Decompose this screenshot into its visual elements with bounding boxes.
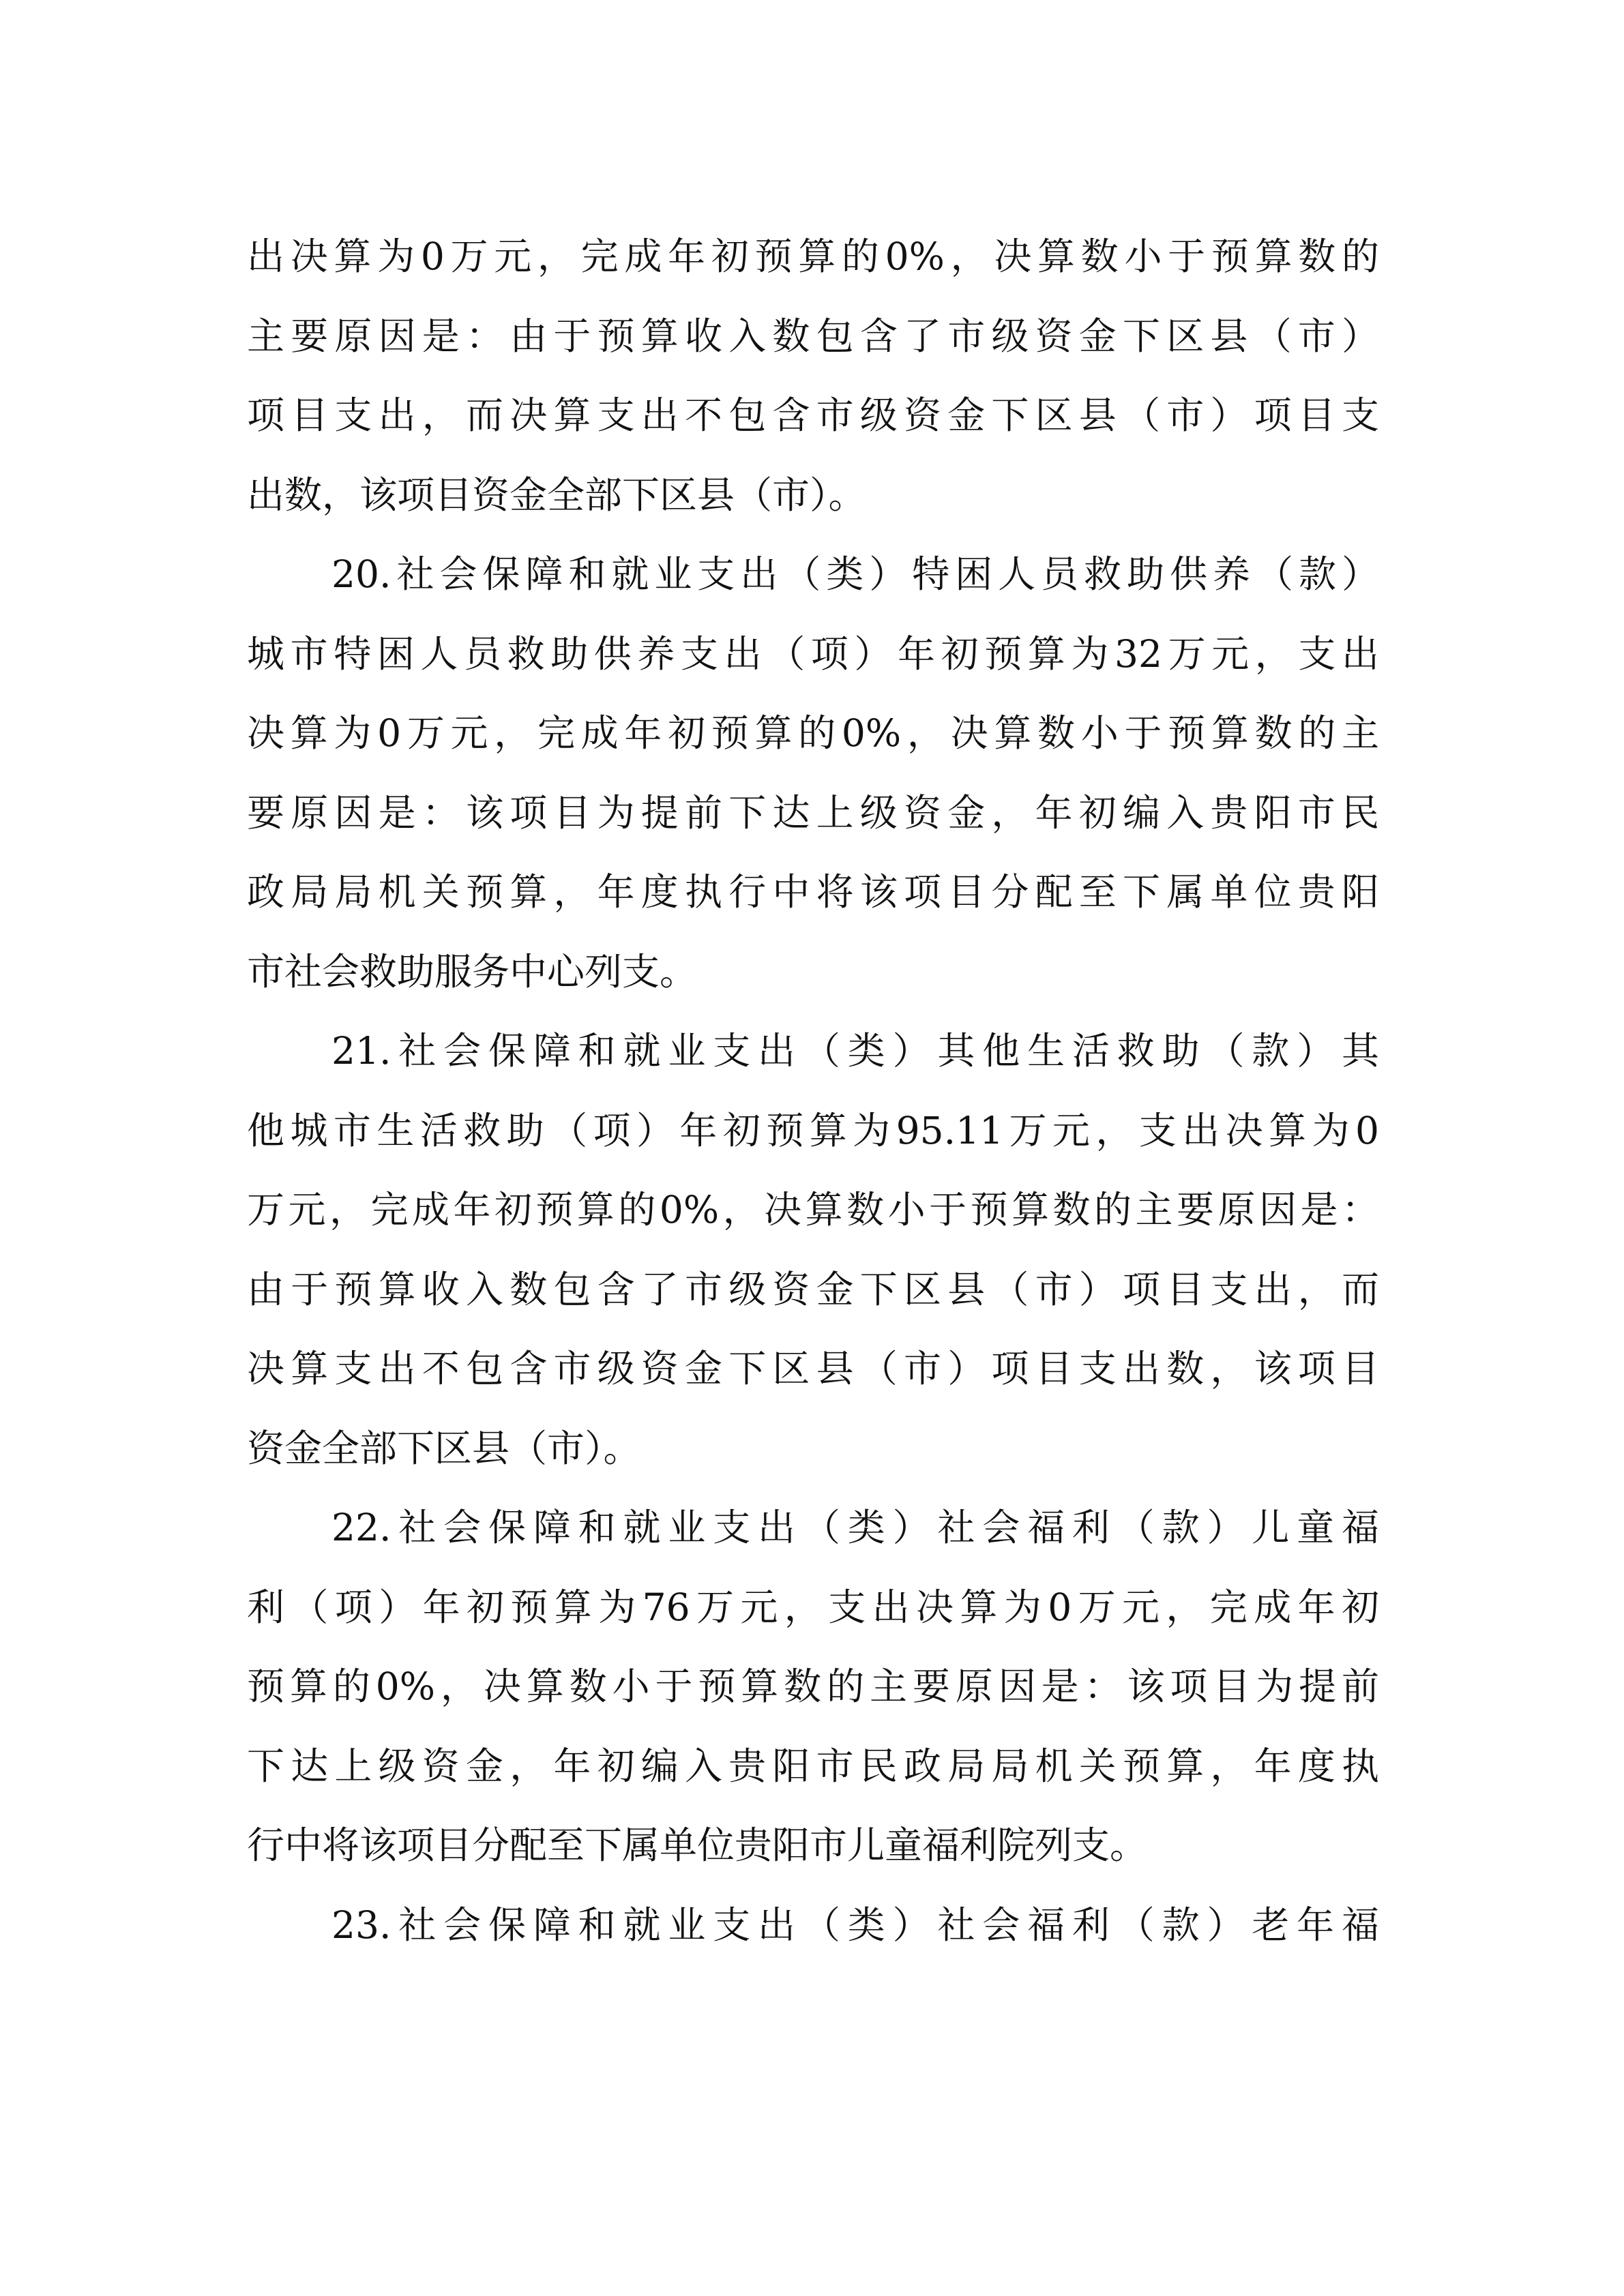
text-line: 要原因是：该项目为提前下达上级资金，年初编入贵阳市民 bbox=[247, 773, 1379, 853]
text-line: 政局局机关预算，年度执行中将该项目分配至下属单位贵阳 bbox=[247, 852, 1379, 932]
document-body: 出决算为0万元，完成年初预算的0%，决算数小于预算数的 主要原因是：由于预算收入… bbox=[247, 217, 1393, 1965]
text-line: 决算支出不包含市级资金下区县（市）项目支出数，该项目 bbox=[247, 1329, 1379, 1409]
paragraph-21: 21.社会保障和就业支出（类）其他生活救助（款）其 他城市生活救助（项）年初预算… bbox=[247, 1011, 1393, 1488]
text-line: 主要原因是：由于预算收入数包含了市级资金下区县（市） bbox=[247, 297, 1379, 376]
text-line: 资金全部下区县（市）。 bbox=[247, 1409, 1379, 1489]
text-line: 项目支出，而决算支出不包含市级资金下区县（市）项目支 bbox=[247, 376, 1379, 456]
paragraph-22: 22.社会保障和就业支出（类）社会福利（款）儿童福 利（项）年初预算为76万元，… bbox=[247, 1488, 1393, 1885]
document-page: 出决算为0万元，完成年初预算的0%，决算数小于预算数的 主要原因是：由于预算收入… bbox=[0, 0, 1624, 2296]
paragraph-20: 20.社会保障和就业支出（类）特困人员救助供养（款） 城市特困人员救助供养支出（… bbox=[247, 535, 1393, 1011]
text-line: 出决算为0万元，完成年初预算的0%，决算数小于预算数的 bbox=[247, 217, 1379, 297]
text-line: 他城市生活救助（项）年初预算为95.11万元，支出决算为0 bbox=[247, 1091, 1379, 1171]
text-line: 行中将该项目分配至下属单位贵阳市儿童福利院列支。 bbox=[247, 1806, 1379, 1885]
text-line: 下达上级资金，年初编入贵阳市民政局局机关预算，年度执 bbox=[247, 1727, 1379, 1806]
text-line: 由于预算收入数包含了市级资金下区县（市）项目支出，而 bbox=[247, 1250, 1379, 1330]
paragraph-23: 23.社会保障和就业支出（类）社会福利（款）老年福 bbox=[247, 1885, 1393, 1965]
text-line: 决算为0万元，完成年初预算的0%，决算数小于预算数的主 bbox=[247, 694, 1379, 773]
text-line: 出数，该项目资金全部下区县（市）。 bbox=[247, 456, 1379, 535]
text-line: 20.社会保障和就业支出（类）特困人员救助供养（款） bbox=[247, 535, 1379, 614]
text-line: 23.社会保障和就业支出（类）社会福利（款）老年福 bbox=[247, 1885, 1379, 1965]
text-line: 利（项）年初预算为76万元，支出决算为0万元，完成年初 bbox=[247, 1568, 1379, 1648]
text-line: 预算的0%，决算数小于预算数的主要原因是：该项目为提前 bbox=[247, 1647, 1379, 1727]
text-line: 万元，完成年初预算的0%，决算数小于预算数的主要原因是： bbox=[247, 1170, 1379, 1250]
text-line: 21.社会保障和就业支出（类）其他生活救助（款）其 bbox=[247, 1011, 1379, 1091]
text-line: 市社会救助服务中心列支。 bbox=[247, 932, 1379, 1012]
paragraph-19-continuation: 出决算为0万元，完成年初预算的0%，决算数小于预算数的 主要原因是：由于预算收入… bbox=[247, 217, 1393, 535]
text-line: 22.社会保障和就业支出（类）社会福利（款）儿童福 bbox=[247, 1488, 1379, 1568]
text-line: 城市特困人员救助供养支出（项）年初预算为32万元，支出 bbox=[247, 614, 1379, 694]
